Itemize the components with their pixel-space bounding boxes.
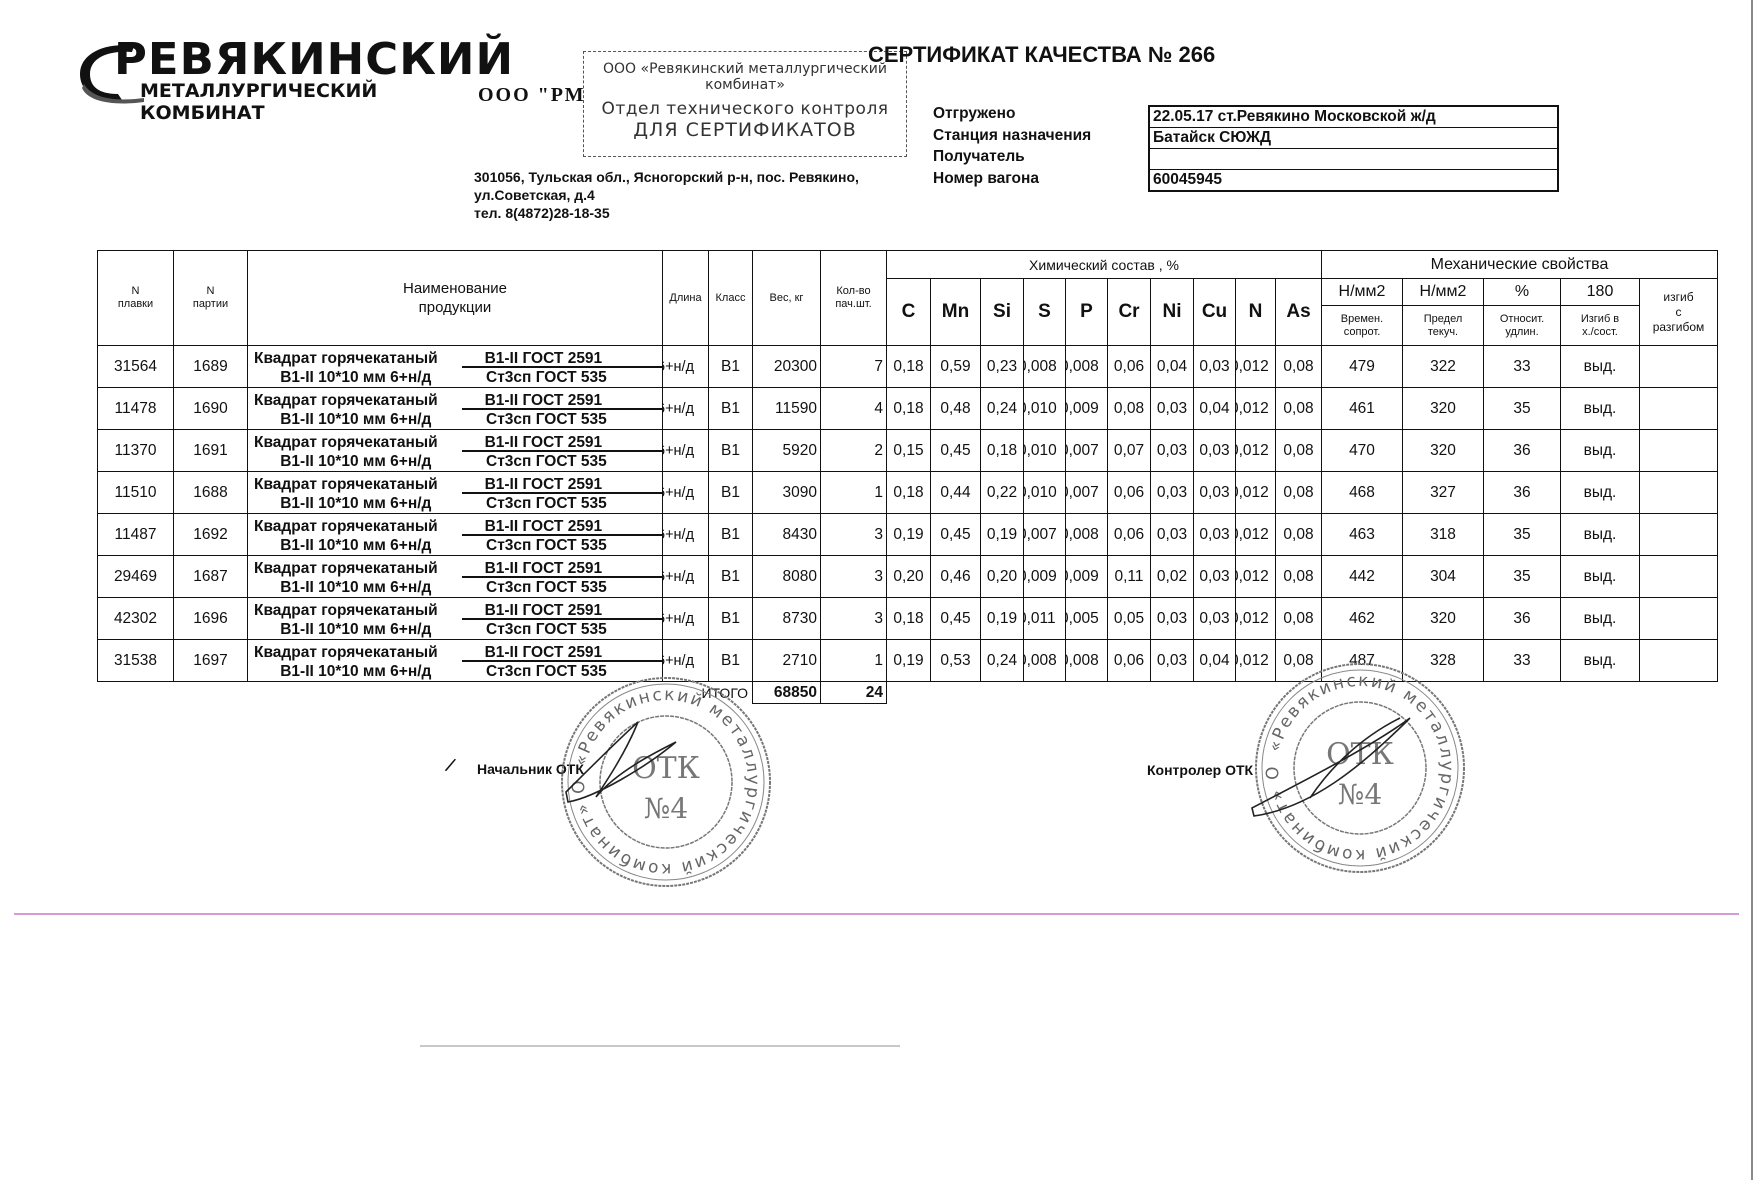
logo-sub-text: МЕТАЛЛУРГИЧЕСКИЙ КОМБИНАТ [140,80,474,124]
chem-as: 0,08 [1276,430,1322,472]
chem-n: 0,012 [1236,514,1276,556]
chem-si: 0,20 [981,556,1024,598]
weight: 20300 [753,346,821,388]
product-type: Квадрат горячекатаный [254,433,438,452]
bundles: 4 [821,388,887,430]
batch-no: 1691 [174,430,248,472]
chem-ni: 0,03 [1151,472,1194,514]
standard-steel: Ст3сп ГОСТ 535 [480,494,607,513]
col-element-si: Si [981,279,1024,346]
chem-ni: 0,03 [1151,598,1194,640]
chem-n: 0,012 [1236,556,1276,598]
melt-no: 11510 [98,472,174,514]
chem-n: 0,012 [1236,388,1276,430]
value-recipient [1150,149,1557,170]
shipment-values-box: 22.05.17 ст.Ревякино Московской ж/д Бата… [1148,105,1559,192]
phone-line: тел. 8(4872)28-18-35 [474,204,859,222]
standard-profile: В1-II ГОСТ 2591 [480,643,607,662]
chem-cr: 0,08 [1108,388,1151,430]
chem-mn: 0,59 [931,346,981,388]
chem-si: 0,24 [981,640,1024,682]
class: В1 [709,430,753,472]
bend-unbend-test [1640,388,1718,430]
melt-no: 31564 [98,346,174,388]
batch-no: 1692 [174,514,248,556]
tensile-strength: 442 [1322,556,1403,598]
chem-c: 0,18 [887,346,931,388]
chem-si: 0,23 [981,346,1024,388]
svg-text:№4: №4 [1338,778,1382,811]
chem-si: 0,19 [981,598,1024,640]
standard-steel: Ст3сп ГОСТ 535 [480,452,607,471]
standard-profile: В1-II ГОСТ 2591 [480,349,607,368]
chem-ni: 0,04 [1151,346,1194,388]
product-type: Квадрат горячекатаный [254,475,438,494]
chem-cu: 0,04 [1194,388,1236,430]
elongation: 35 [1484,556,1561,598]
chem-cr: 0,05 [1108,598,1151,640]
logo-main-text: РЕВЯКИНСКИЙ [114,34,514,85]
product-name: Квадрат горячекатаныйВ1-II 10*10 мм 6+н/… [248,514,663,556]
chem-ni: 0,03 [1151,430,1194,472]
controller-otk-label: Контролер ОТК [1147,762,1253,778]
bend-unbend-test [1640,472,1718,514]
bend-test: выд. [1561,346,1640,388]
batch-no: 1688 [174,472,248,514]
chem-cu: 0,03 [1194,556,1236,598]
chem-s: 0,009 [1024,556,1066,598]
quality-table: Nплавки Nпартии Наименованиепродукции Дл… [97,250,1718,704]
value-wagon: 60045945 [1150,170,1557,190]
bend-unbend-test [1640,640,1718,682]
chem-s: 0,008 [1024,346,1066,388]
chem-p: 0,007 [1066,430,1108,472]
bend-test: выд. [1561,598,1640,640]
tensile-strength: 479 [1322,346,1403,388]
chem-as: 0,08 [1276,472,1322,514]
chem-s: 0,010 [1024,472,1066,514]
yield-strength: 327 [1403,472,1484,514]
tensile-strength: 461 [1322,388,1403,430]
chem-as: 0,08 [1276,346,1322,388]
chem-n: 0,012 [1236,598,1276,640]
class: В1 [709,472,753,514]
chem-s: 0,011 [1024,598,1066,640]
yield-strength: 322 [1403,346,1484,388]
svg-text:№4: №4 [644,792,688,825]
standard-steel: Ст3сп ГОСТ 535 [480,410,607,429]
bend-unbend-test [1640,556,1718,598]
bend-unbend-test [1640,346,1718,388]
bend-unbend-test [1640,514,1718,556]
total-row: ИТОГО6885024 [98,682,1718,704]
tick-mark-icon: / [442,755,457,778]
value-destination: Батайск СЮЖД [1150,128,1557,149]
bundles: 3 [821,598,887,640]
col-element-cr: Cr [1108,279,1151,346]
otk-round-stamp-controller: «Ревякинский металлургический комбинат» … [1250,658,1470,878]
col-element-s: S [1024,279,1066,346]
elongation: 36 [1484,598,1561,640]
standard-profile: В1-II ГОСТ 2591 [480,433,607,452]
product-spec: В1-II 10*10 мм 6+н/д [254,578,438,597]
chem-cu: 0,03 [1194,346,1236,388]
melt-no: 42302 [98,598,174,640]
label-recipient: Получатель [933,146,1091,168]
elongation: 33 [1484,640,1561,682]
chem-s: 0,008 [1024,640,1066,682]
value-shipped: 22.05.17 ст.Ревякино Московской ж/д [1150,107,1557,128]
product-name: Квадрат горячекатаныйВ1-II 10*10 мм 6+н/… [248,472,663,514]
bend-test: выд. [1561,556,1640,598]
yield-strength: 320 [1403,388,1484,430]
standard-steel: Ст3сп ГОСТ 535 [480,620,607,639]
chem-ni: 0,03 [1151,514,1194,556]
yield-strength: 304 [1403,556,1484,598]
bend-test: выд. [1561,514,1640,556]
batch-no: 1687 [174,556,248,598]
col-melt-no: Nплавки [98,251,174,346]
chem-ni: 0,03 [1151,388,1194,430]
chem-mn: 0,44 [931,472,981,514]
product-name: Квадрат горячекатаныйВ1-II 10*10 мм 6+н/… [248,598,663,640]
weight: 8080 [753,556,821,598]
standard-profile: В1-II ГОСТ 2591 [480,517,607,536]
product-type: Квадрат горячекатаный [254,349,438,368]
col-element-ni: Ni [1151,279,1194,346]
table-row: 315381697Квадрат горячекатаныйВ1-II 10*1… [98,640,1718,682]
chem-si: 0,19 [981,514,1024,556]
batch-no: 1690 [174,388,248,430]
col-weight: Вес, кг [753,251,821,346]
chem-s: 0,007 [1024,514,1066,556]
unit-yield: Н/мм2 [1403,279,1484,306]
chem-cr: 0,06 [1108,346,1151,388]
elongation: 36 [1484,472,1561,514]
chem-p: 0,008 [1066,514,1108,556]
address-line: ул.Советская, д.4 [474,186,859,204]
chem-cr: 0,06 [1108,640,1151,682]
chem-c: 0,19 [887,514,931,556]
class: В1 [709,346,753,388]
chem-cr: 0,06 [1108,472,1151,514]
chem-s: 0,010 [1024,430,1066,472]
table-row: 113701691Квадрат горячекатаныйВ1-II 10*1… [98,430,1718,472]
chem-n: 0,012 [1236,472,1276,514]
label-wagon: Номер вагона [933,168,1091,190]
chem-n: 0,012 [1236,430,1276,472]
chem-mn: 0,45 [931,430,981,472]
col-bend: Изгиб вх./сост. [1561,306,1640,346]
company-address: 301056, Тульская обл., Ясногорский р-н, … [474,168,859,222]
chem-c: 0,18 [887,598,931,640]
chem-cr: 0,11 [1108,556,1151,598]
product-spec: В1-II 10*10 мм 6+н/д [254,620,438,639]
chem-c: 0,18 [887,388,931,430]
product-spec: В1-II 10*10 мм 6+н/д [254,536,438,555]
chem-p: 0,007 [1066,472,1108,514]
bundles: 3 [821,514,887,556]
standard-profile: В1-II ГОСТ 2591 [480,601,607,620]
bend-test: выд. [1561,640,1640,682]
melt-no: 11478 [98,388,174,430]
bundles: 3 [821,556,887,598]
bend-test: выд. [1561,472,1640,514]
col-element-n: N [1236,279,1276,346]
bundles: 1 [821,472,887,514]
weight: 3090 [753,472,821,514]
chem-p: 0,008 [1066,346,1108,388]
class: В1 [709,514,753,556]
product-name: Квадрат горячекатаныйВ1-II 10*10 мм 6+н/… [248,388,663,430]
chem-mn: 0,48 [931,388,981,430]
otk-round-stamp-chief: «Ревякинский металлургический комбинат» … [556,672,776,892]
col-elongation: Относит.удлин. [1484,306,1561,346]
total-bundles: 24 [821,682,887,704]
label-destination: Станция назначения [933,125,1091,147]
melt-no: 29469 [98,556,174,598]
col-batch-no: Nпартии [174,251,248,346]
standard-steel: Ст3сп ГОСТ 535 [480,578,607,597]
bundles: 2 [821,430,887,472]
product-type: Квадрат горячекатаный [254,517,438,536]
melt-no: 11487 [98,514,174,556]
chem-as: 0,08 [1276,514,1322,556]
product-type: Квадрат горячекатаный [254,391,438,410]
bundles: 7 [821,346,887,388]
col-element-mn: Mn [931,279,981,346]
melt-no: 11370 [98,430,174,472]
stamp-line-company: ООО «Ревякинский металлургический комбин… [584,61,906,93]
weight: 5920 [753,430,821,472]
scan-artifact-line [14,913,1739,915]
table-row: 114781690Квадрат горячекатаныйВ1-II 10*1… [98,388,1718,430]
chem-p: 0,005 [1066,598,1108,640]
length: 6+н/д [663,388,709,430]
product-type: Квадрат горячекатаный [254,559,438,578]
chem-cu: 0,03 [1194,472,1236,514]
table-row: 294691687Квадрат горячекатаныйВ1-II 10*1… [98,556,1718,598]
stamp-line-department: Отдел технического контроля [584,99,906,119]
weight: 8430 [753,514,821,556]
product-name: Квадрат горячекатаныйВ1-II 10*10 мм 6+н/… [248,556,663,598]
length: 6+н/д [663,472,709,514]
melt-no: 31538 [98,640,174,682]
col-bundles: Кол-вопач.шт. [821,251,887,346]
length: 6+н/д [663,556,709,598]
chem-mn: 0,46 [931,556,981,598]
chem-cu: 0,03 [1194,598,1236,640]
table-row: 114871692Квадрат горячекатаныйВ1-II 10*1… [98,514,1718,556]
length: 6+н/д [663,514,709,556]
standard-profile: В1-II ГОСТ 2591 [480,391,607,410]
product-name: Квадрат горячекатаныйВ1-II 10*10 мм 6+н/… [248,430,663,472]
label-shipped: Отгружено [933,103,1091,125]
yield-strength: 320 [1403,430,1484,472]
unit-tensile: Н/мм2 [1322,279,1403,306]
batch-no: 1689 [174,346,248,388]
elongation: 35 [1484,388,1561,430]
col-element-p: P [1066,279,1108,346]
product-name: Квадрат горячекатаныйВ1-II 10*10 мм 6+н/… [248,346,663,388]
elongation: 35 [1484,514,1561,556]
chem-mn: 0,45 [931,598,981,640]
col-tensile: Времен.сопрот. [1322,306,1403,346]
col-element-as: As [1276,279,1322,346]
tensile-strength: 470 [1322,430,1403,472]
chem-s: 0,010 [1024,388,1066,430]
table-row: 315641689Квадрат горячекатаныйВ1-II 10*1… [98,346,1718,388]
table-row: 115101688Квадрат горячекатаныйВ1-II 10*1… [98,472,1718,514]
elongation: 33 [1484,346,1561,388]
chem-c: 0,19 [887,640,931,682]
chem-p: 0,008 [1066,640,1108,682]
certificate-title: СЕРТИФИКАТ КАЧЕСТВА № 266 [868,42,1215,68]
product-spec: В1-II 10*10 мм 6+н/д [254,410,438,429]
bend-unbend-test [1640,598,1718,640]
product-type: Квадрат горячекатаный [254,643,438,662]
chem-cu: 0,03 [1194,430,1236,472]
chem-si: 0,22 [981,472,1024,514]
chem-n: 0,012 [1236,346,1276,388]
chemical-composition-header: Химический состав , % [887,251,1322,279]
chem-si: 0,18 [981,430,1024,472]
class: В1 [709,388,753,430]
faint-rule-line [420,1045,900,1047]
product-spec: В1-II 10*10 мм 6+н/д [254,368,438,387]
bend-unbend-test [1640,430,1718,472]
chem-cr: 0,07 [1108,430,1151,472]
col-bend-unbend: изгибсразгибом [1640,279,1718,346]
unit-bend: 180 [1561,279,1640,306]
col-product-name: Наименованиепродукции [248,251,663,346]
shipment-labels: Отгружено Станция назначения Получатель … [933,103,1091,189]
standard-profile: В1-II ГОСТ 2591 [480,559,607,578]
standard-profile: В1-II ГОСТ 2591 [480,475,607,494]
class: В1 [709,556,753,598]
chem-c: 0,20 [887,556,931,598]
chem-as: 0,08 [1276,388,1322,430]
product-spec: В1-II 10*10 мм 6+н/д [254,452,438,471]
chem-c: 0,18 [887,472,931,514]
col-class: Класс [709,251,753,346]
weight: 8730 [753,598,821,640]
tensile-strength: 468 [1322,472,1403,514]
unit-elongation: % [1484,279,1561,306]
chem-mn: 0,53 [931,640,981,682]
tensile-strength: 463 [1322,514,1403,556]
chem-cr: 0,06 [1108,514,1151,556]
chem-ni: 0,03 [1151,640,1194,682]
standard-steel: Ст3сп ГОСТ 535 [480,368,607,387]
col-yield: Пределтекуч. [1403,306,1484,346]
company-logo: РЕВЯКИНСКИЙ МЕТАЛЛУРГИЧЕСКИЙ КОМБИНАТ [74,36,474,106]
product-spec: В1-II 10*10 мм 6+н/д [254,494,438,513]
chem-c: 0,15 [887,430,931,472]
table-row: 423021696Квадрат горячекатаныйВ1-II 10*1… [98,598,1718,640]
chem-si: 0,24 [981,388,1024,430]
batch-no: 1697 [174,640,248,682]
product-spec: В1-II 10*10 мм 6+н/д [254,662,438,681]
mechanical-properties-header: Механические свойства [1322,251,1718,279]
bend-test: выд. [1561,388,1640,430]
chem-as: 0,08 [1276,556,1322,598]
page-edge [1751,0,1753,1180]
length: 6+н/д [663,346,709,388]
chem-cu: 0,04 [1194,640,1236,682]
chem-p: 0,009 [1066,556,1108,598]
chem-mn: 0,45 [931,514,981,556]
bundles: 1 [821,640,887,682]
chem-ni: 0,02 [1151,556,1194,598]
batch-no: 1696 [174,598,248,640]
col-length: Длина [663,251,709,346]
svg-text:ОТК: ОТК [632,751,700,786]
col-element-cu: Cu [1194,279,1236,346]
address-line: 301056, Тульская обл., Ясногорский р-н, … [474,168,859,186]
elongation: 36 [1484,430,1561,472]
standard-steel: Ст3сп ГОСТ 535 [480,536,607,555]
product-type: Квадрат горячекатаный [254,601,438,620]
otk-rectangular-stamp: ООО «Ревякинский металлургический комбин… [583,51,907,157]
class: В1 [709,598,753,640]
length: 6+н/д [663,598,709,640]
yield-strength: 320 [1403,598,1484,640]
col-element-c: C [887,279,931,346]
weight: 11590 [753,388,821,430]
tensile-strength: 462 [1322,598,1403,640]
stamp-line-purpose: ДЛЯ СЕРТИФИКАТОВ [584,119,906,141]
length: 6+н/д [663,430,709,472]
chem-p: 0,009 [1066,388,1108,430]
chem-cu: 0,03 [1194,514,1236,556]
chem-as: 0,08 [1276,598,1322,640]
yield-strength: 318 [1403,514,1484,556]
bend-test: выд. [1561,430,1640,472]
